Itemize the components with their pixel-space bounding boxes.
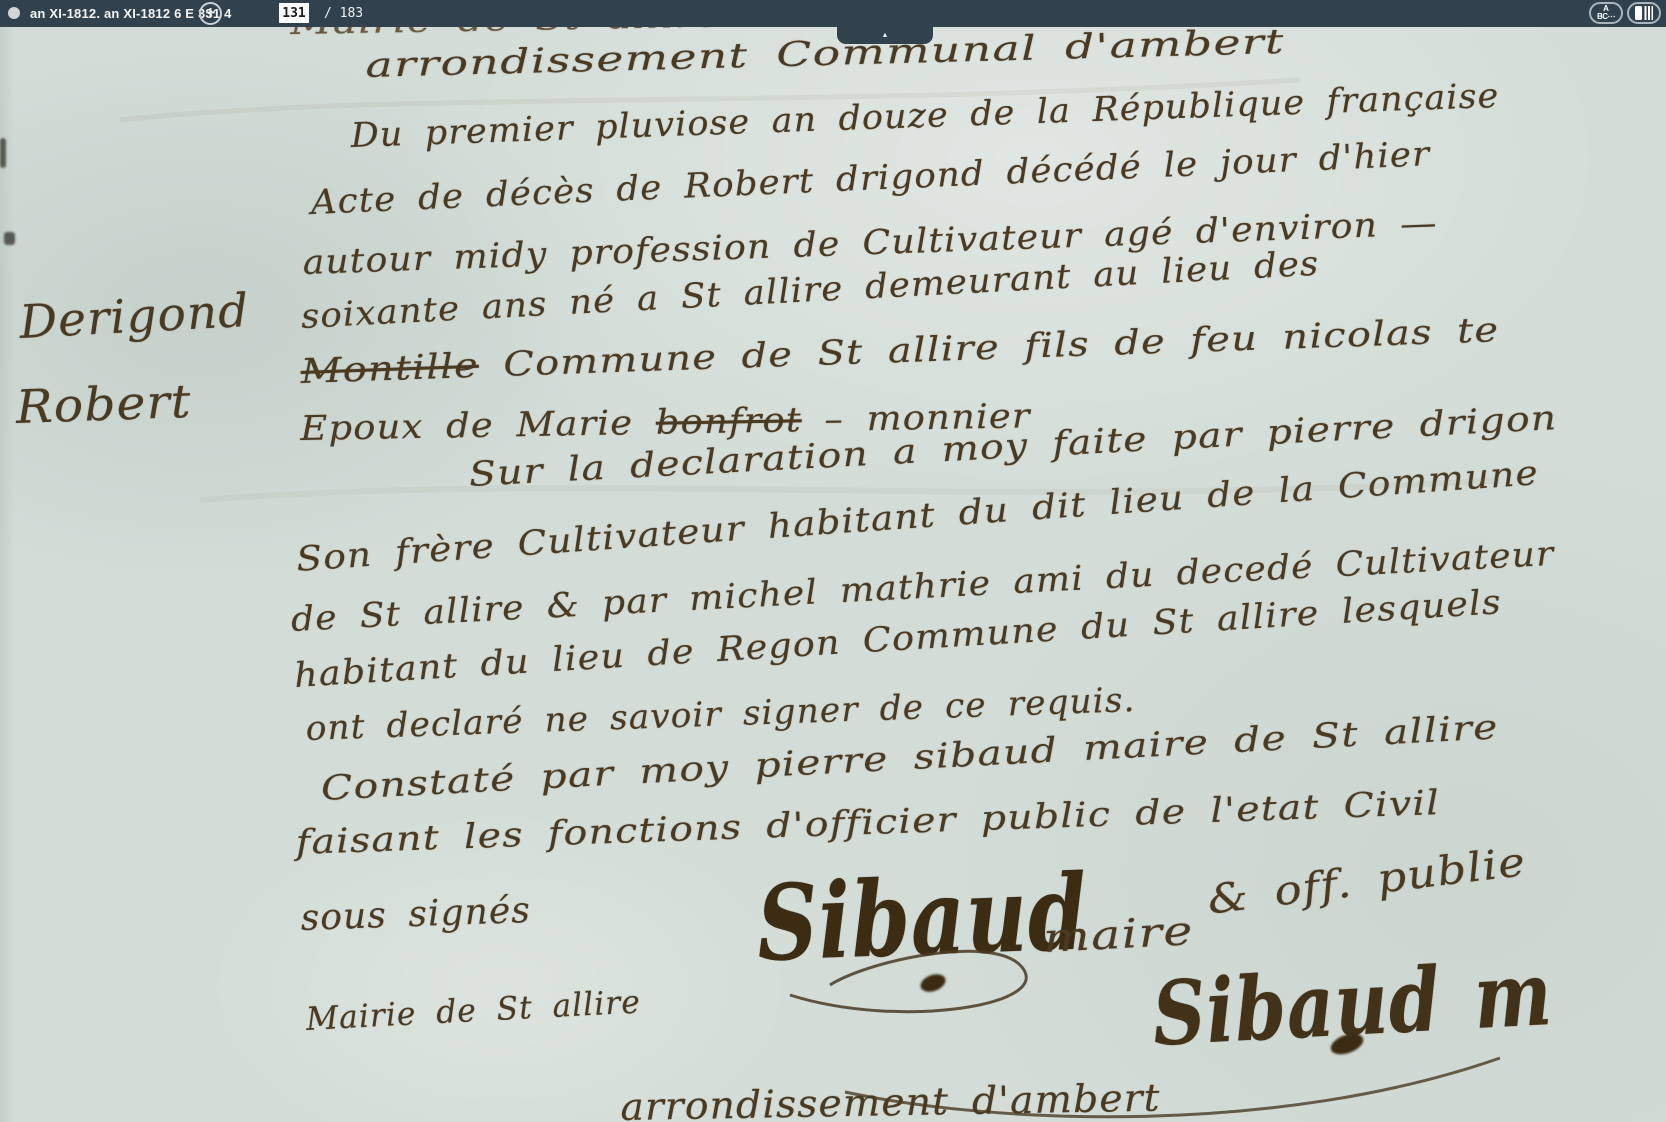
- abc-text-icon-sub: BC⋯: [1597, 13, 1615, 21]
- page-count-label: / 183: [324, 6, 363, 21]
- book-pages-icon: [1635, 6, 1653, 20]
- plus-icon: +: [206, 4, 216, 21]
- manuscript-line: sous signés: [300, 890, 531, 939]
- text-tool-button[interactable]: A BC⋯: [1589, 2, 1623, 24]
- struck-word: bonfrot: [655, 400, 802, 443]
- toolbar-collapse-tab[interactable]: ▲: [837, 26, 933, 44]
- mayor-signature: Sibaud: [755, 850, 1089, 984]
- zoom-in-button[interactable]: +: [199, 2, 222, 25]
- manuscript-lines: Mairie de St allirearrondissement Commun…: [0, 0, 1666, 1122]
- chevron-up-icon: ▲: [882, 32, 889, 39]
- struck-word: Montille: [300, 346, 480, 392]
- viewer-stage: Mairie de St allirearrondissement Commun…: [0, 0, 1666, 1122]
- manuscript-line: maire: [1042, 908, 1195, 962]
- manuscript-line: Mairie de St allire: [305, 982, 642, 1037]
- register-view-button[interactable]: [1627, 2, 1661, 24]
- manuscript-line: & off. publie: [1205, 839, 1529, 924]
- viewer-toolbar: an XI-1812. an XI-1812 6 E 331 4 + / 183…: [0, 0, 1666, 27]
- margin-name-line: Robert: [15, 374, 192, 434]
- page-number-input[interactable]: [279, 3, 309, 23]
- bottom-cut-line: arrondissement d'ambert: [620, 1076, 1161, 1122]
- record-bullet-icon: [8, 7, 20, 19]
- margin-name-line: Derigond: [18, 283, 250, 349]
